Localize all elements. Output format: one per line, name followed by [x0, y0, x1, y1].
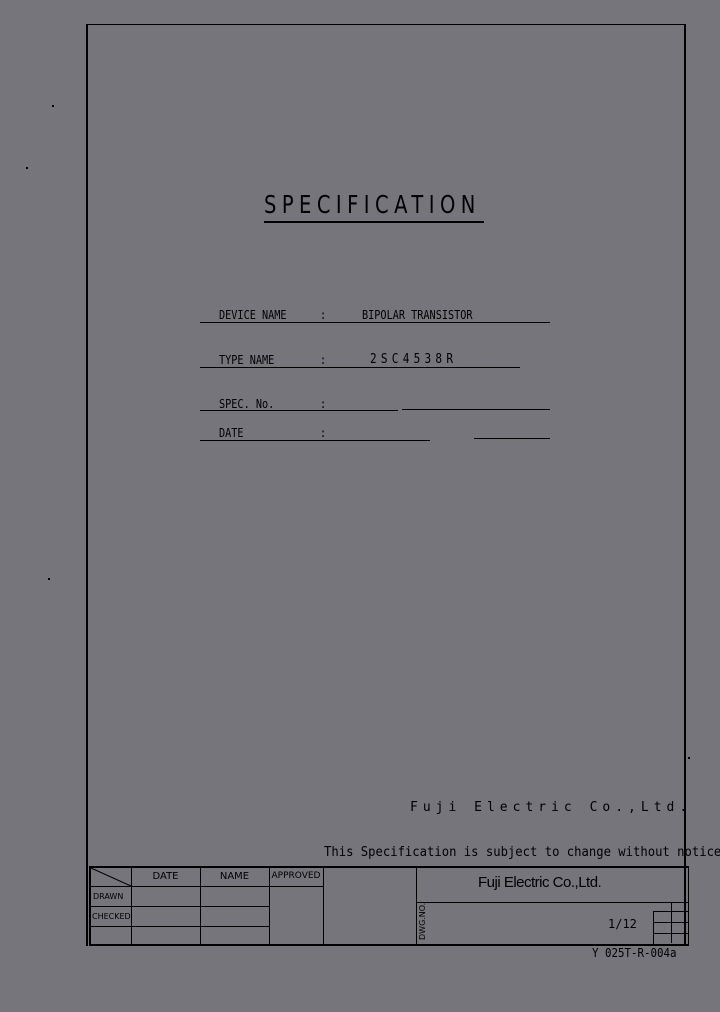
divider: [671, 903, 672, 943]
divider: [653, 922, 689, 923]
title-underline: [264, 221, 484, 223]
page-number: 1/12: [608, 917, 637, 931]
corner-diagonal: [90, 867, 132, 887]
scan-speck: [688, 757, 690, 759]
company-line: Fuji Electric Co.,Ltd.: [410, 800, 692, 815]
field-colon: :: [320, 353, 326, 367]
field-underline: [474, 438, 550, 439]
row-label-drawn: DRAWN: [93, 892, 123, 901]
device-name-value: BIPOLAR TRANSISTOR: [362, 308, 473, 322]
divider: [89, 926, 270, 927]
field-label: DEVICE NAME: [219, 308, 287, 322]
field-colon: :: [320, 426, 326, 440]
header-approved: APPROVED: [269, 871, 323, 881]
divider: [323, 866, 324, 946]
document-title: SPECIFICATION: [264, 190, 481, 219]
field-label: DATE: [219, 426, 244, 440]
divider: [89, 906, 270, 907]
field-label: SPEC. No.: [219, 397, 274, 411]
type-name-value: 2SC4538R: [370, 352, 457, 367]
field-label: TYPE NAME: [219, 353, 274, 367]
divider: [653, 933, 689, 934]
scan-speck: [48, 578, 50, 580]
header-date: DATE: [131, 871, 200, 882]
field-underline: [402, 409, 550, 410]
divider: [653, 911, 654, 944]
field-underline: [200, 440, 430, 441]
divider: [653, 911, 689, 912]
scan-speck: [52, 105, 54, 107]
field-underline: [200, 322, 550, 323]
scan-speck: [26, 167, 28, 169]
change-notice: This Specification is subject to change …: [324, 845, 720, 860]
drawing-number-label: DWG.NO.: [418, 903, 427, 940]
field-colon: :: [320, 397, 326, 411]
divider: [416, 866, 417, 946]
company-name: Fuji Electric Co.,Ltd.: [478, 874, 601, 891]
field-underline: [200, 367, 520, 368]
divider: [416, 902, 689, 903]
header-name: NAME: [200, 871, 269, 882]
row-label-checked: CHECKED: [92, 912, 131, 921]
field-colon: :: [320, 308, 326, 322]
form-code: Y 025T-R-004a: [592, 946, 677, 960]
field-underline: [200, 410, 398, 411]
